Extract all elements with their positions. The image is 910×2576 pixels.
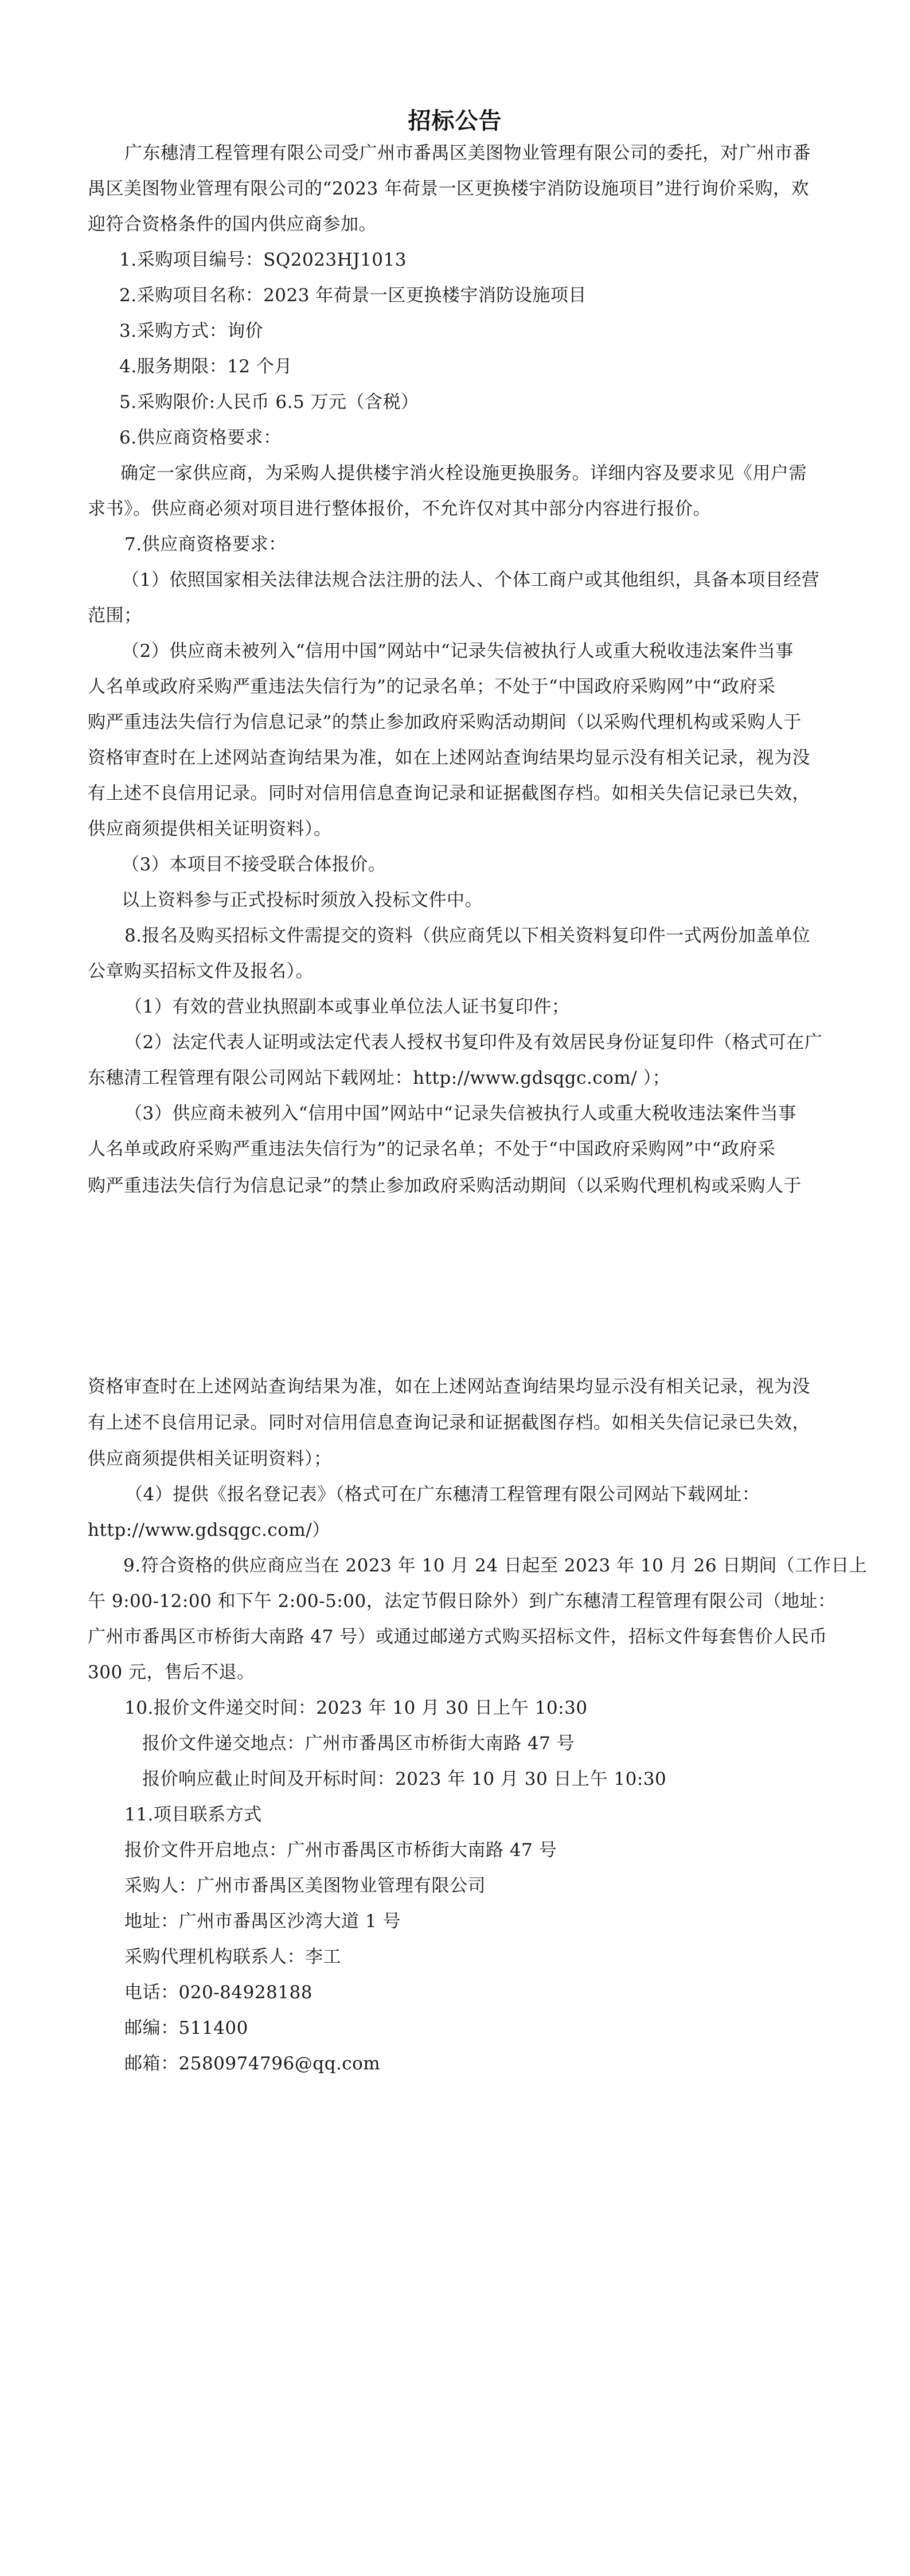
body-text-line: 7.供应商资格要求：	[124, 533, 287, 556]
body-text-line: 5.采购限价:人民币 6.5 万元（含税）	[119, 391, 419, 414]
body-text-line: 供应商须提供相关证明资料）。	[88, 818, 332, 840]
body-text-line: 报价响应截止时间及开标时间：2023 年 10 月 30 日上午 10:30	[142, 1768, 666, 1791]
body-text-line: 采购代理机构联系人：李工	[124, 1945, 341, 1968]
body-text-line: 迎符合资格条件的国内供应商参加。	[88, 213, 377, 236]
body-text-line: 东穗清工程管理有限公司网站下载网址：http://www.gdsqgc.com/…	[88, 1067, 670, 1089]
body-text-line: 资格审查时在上述网站查询结果为准，如在上述网站查询结果均显示没有相关记录，视为没	[88, 746, 810, 769]
body-text-line: 求书》。供应商必须对项目进行整体报价，不允许仅对其中部分内容进行报价。	[88, 497, 711, 520]
body-text-line: （3）供应商未被列入“信用中国”网站中“记录失信被执行人或重大税收违法案件当事	[124, 1102, 796, 1125]
body-text-line: 邮箱：2580974796@qq.com	[124, 2052, 380, 2075]
body-text-line: 人名单或政府采购严重违法失信行为”的记录名单；不处于“中国政府采购网”中“政府采	[88, 1138, 775, 1161]
body-text-line: 午 9:00-12:00 和下午 2:00-5:00，法定节假日除外）到广东穗清…	[88, 1590, 836, 1613]
body-text-line: 广州市番禺区市桥街大南路 47 号）或通过邮递方式购买招标文件，招标文件每套售价…	[88, 1625, 827, 1648]
body-text-line: 范围；	[88, 604, 142, 627]
body-text-line: （2）供应商未被列入“信用中国”网站中“记录失信被执行人或重大税收违法案件当事	[122, 640, 794, 663]
body-text-line: 以上资料参与正式投标时须放入投标文件中。	[122, 889, 483, 912]
body-text-line: 11.项目联系方式	[124, 1803, 262, 1826]
body-text-line: （3）本项目不接受联合体报价。	[122, 853, 386, 876]
body-text-line: 有上述不良信用记录。同时对信用信息查询记录和证据截图存档。如相关失信记录已失效，	[88, 1411, 810, 1434]
body-text-line: 10.报价文件递交时间：2023 年 10 月 30 日上午 10:30	[124, 1696, 588, 1719]
body-text-line: 2.采购项目名称：2023 年荷景一区更换楼宇消防设施项目	[119, 284, 587, 307]
tender-announcement-document: 招标公告 广东穗清工程管理有限公司受广州市番禺区美图物业管理有限公司的委托，对广…	[0, 0, 910, 2576]
body-text-line: 1.采购项目编号：SQ2023HJ1013	[119, 248, 407, 271]
body-text-line: 电话：020-84928188	[124, 1981, 313, 2004]
body-text-line: 邮编：511400	[124, 2017, 248, 2040]
body-text-line: 9.符合资格的供应商应当在 2023 年 10 月 24 日起至 2023 年 …	[123, 1554, 867, 1577]
body-text-line: 4.服务期限：12 个月	[119, 355, 292, 378]
body-text-line: 禺区美图物业管理有限公司的“2023 年荷景一区更换楼宇消防设施项目”进行询价采…	[88, 177, 809, 200]
body-text-line: 300 元，售后不退。	[88, 1661, 255, 1684]
body-text-line: 报价文件递交地点：广州市番禺区市桥街大南路 47 号	[142, 1732, 575, 1755]
body-text-line: 供应商须提供相关证明资料）；	[88, 1447, 332, 1470]
body-text-line: 报价文件开启地点：广州市番禺区市桥街大南路 47 号	[124, 1839, 557, 1862]
body-text-line: 采购人：广州市番禺区美图物业管理有限公司	[124, 1874, 486, 1897]
body-text-line: （4）提供《报名登记表》（格式可在广东穗清工程管理有限公司网站下载网址：	[125, 1483, 760, 1506]
body-text-line: 广东穗清工程管理有限公司受广州市番禺区美图物业管理有限公司的委托，对广州市番	[124, 142, 811, 165]
body-text-line: 有上述不良信用记录。同时对信用信息查询记录和证据截图存档。如相关失信记录已失效，	[88, 782, 810, 805]
body-text-line: （2）法定代表人证明或法定代表人授权书复印件及有效居民身份证复印件（格式可在广	[124, 1031, 822, 1054]
body-text-line: 地址：广州市番禺区沙湾大道 1 号	[124, 1910, 401, 1933]
body-text-line: 8.报名及购买招标文件需提交的资料（供应商凭以下相关资料复印件一式两份加盖单位	[124, 924, 810, 947]
body-text-line: （1）依照国家相关法律法规合法注册的法人、个体工商户或其他组织，具备本项目经营	[122, 569, 819, 592]
body-text-line: 购严重违法失信行为信息记录”的禁止参加政府采购活动期间（以采购代理机构或采购人于	[88, 1174, 802, 1197]
body-text-line: 3.采购方式：询价	[119, 320, 263, 343]
document-title: 招标公告	[0, 107, 910, 135]
body-text-line: http://www.gdsqgc.com/）	[88, 1519, 330, 1542]
body-text-line: 6.供应商资格要求：	[119, 426, 282, 449]
body-text-line: 购严重违法失信行为信息记录”的禁止参加政府采购活动期间（以采购代理机构或采购人于	[88, 711, 802, 734]
body-text-line: 资格审查时在上述网站查询结果为准，如在上述网站查询结果均显示没有相关记录，视为没	[88, 1375, 810, 1398]
body-text-line: 人名单或政府采购严重违法失信行为”的记录名单；不处于“中国政府采购网”中“政府采	[88, 675, 775, 698]
body-text-line: （1）有效的营业执照副本或事业单位法人证书复印件；	[124, 995, 569, 1018]
body-text-line: 公章购买招标文件及报名）。	[88, 960, 314, 983]
body-text-line: 确定一家供应商，为采购人提供楼宇消火栓设施更换服务。详细内容及要求见《用户需	[120, 462, 807, 485]
